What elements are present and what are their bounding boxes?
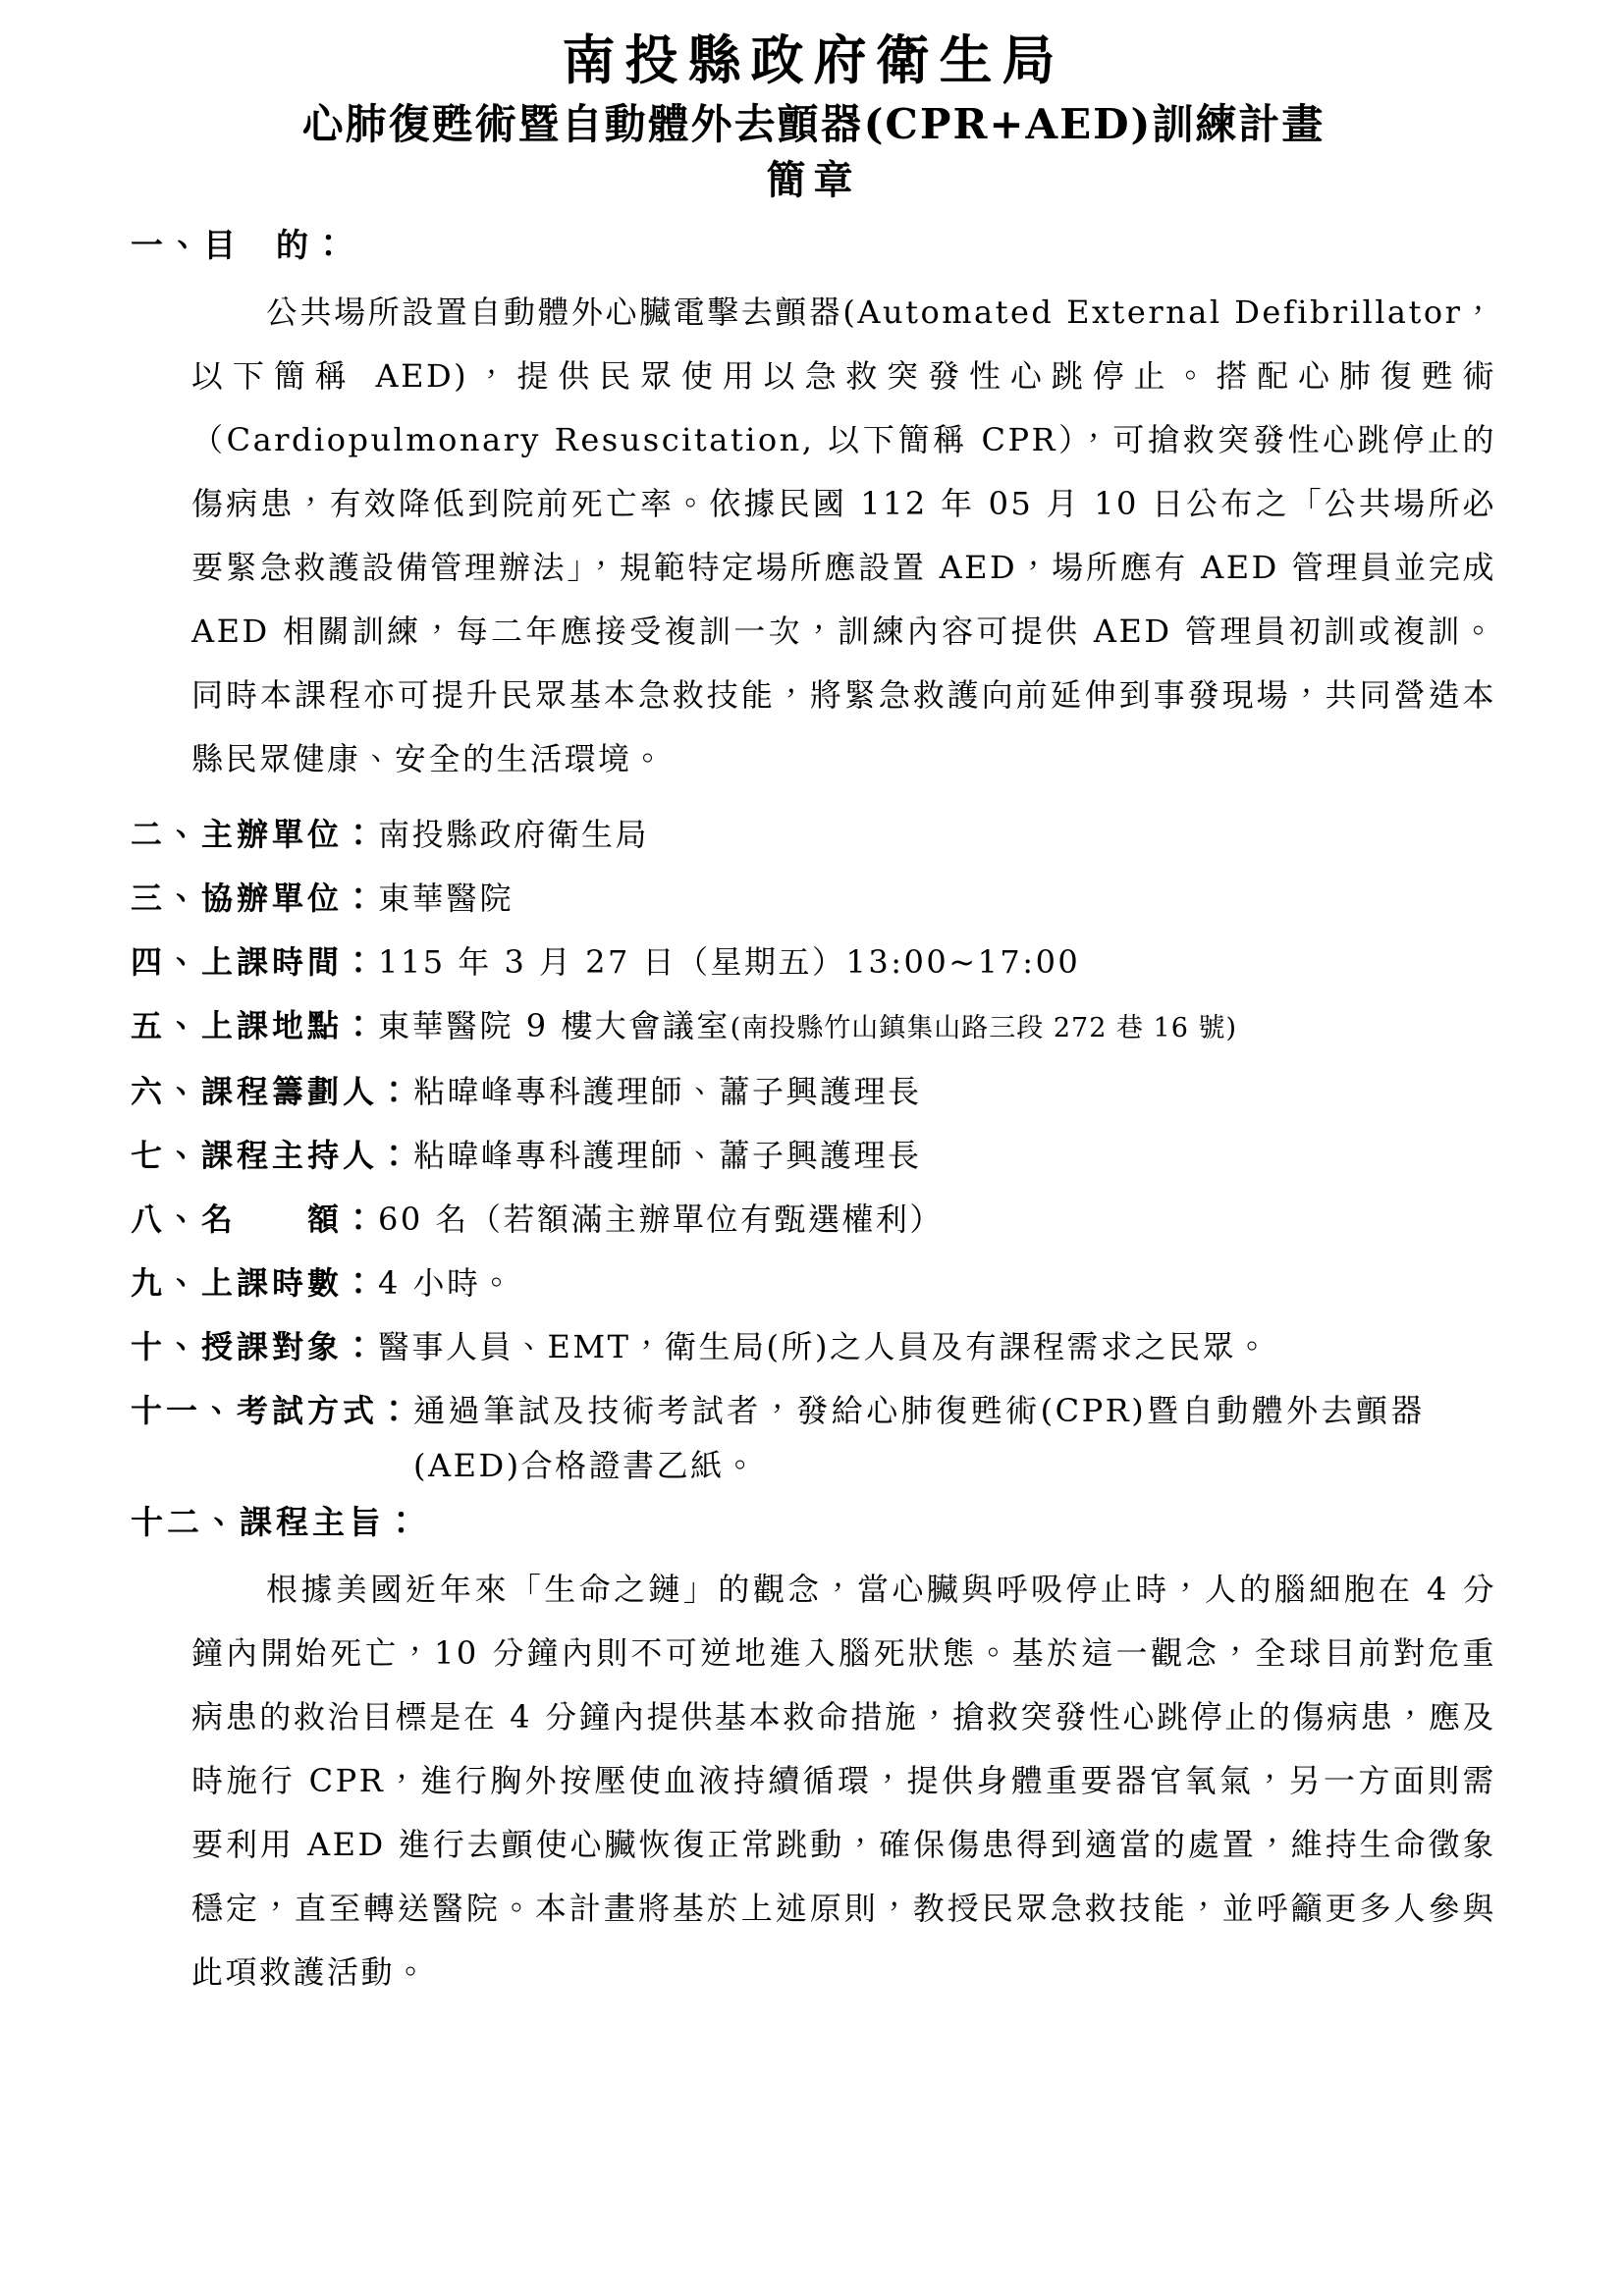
section-theme-heading: 十二、課程主旨：: [131, 1497, 1496, 1548]
item-target-audience-label: 十、授課對象：: [131, 1315, 378, 1379]
item-course-planner: 六、課程籌劃人： 粘暐峰專科護理師、蕭子興護理長: [131, 1060, 1496, 1124]
item-class-time-value: 115 年 3 月 27 日（星期五）13:00~17:00: [378, 931, 1080, 994]
item-target-audience-value: 醫事人員、EMT，衛生局(所)之人員及有課程需求之民眾。: [378, 1315, 1270, 1379]
item-co-org-label: 三、協辦單位：: [131, 867, 378, 931]
item-quota-label: 八、名 額：: [131, 1188, 378, 1252]
item-co-org-value: 東華醫院: [378, 867, 514, 931]
item-host-org: 二、主辦單位： 南投縣政府衛生局: [131, 803, 1496, 867]
item-class-time: 四、上課時間： 115 年 3 月 27 日（星期五）13:00~17:00: [131, 931, 1496, 994]
item-class-location: 五、上課地點： 東華醫院 9 樓大會議室(南投縣竹山鎮集山路三段 272 巷 1…: [131, 994, 1496, 1060]
theme-paragraph: 根據美國近年來「生命之鏈」的觀念，當心臟與呼吸停止時，人的腦細胞在 4 分鐘內開…: [191, 1558, 1496, 2004]
item-host-org-value: 南投縣政府衛生局: [378, 803, 649, 867]
item-co-org: 三、協辦單位： 東華醫院: [131, 867, 1496, 931]
item-class-location-value: 東華醫院 9 樓大會議室(南投縣竹山鎮集山路三段 272 巷 16 號): [378, 994, 1237, 1060]
item-course-planner-label: 六、課程籌劃人：: [131, 1060, 413, 1124]
info-item-list: 二、主辦單位： 南投縣政府衛生局 三、協辦單位： 東華醫院 四、上課時間： 11…: [131, 803, 1496, 1493]
item-host-org-label: 二、主辦單位：: [131, 803, 378, 867]
item-course-host-value: 粘暐峰專科護理師、蕭子興護理長: [413, 1124, 922, 1188]
doc-title: 心肺復甦術暨自動體外去顫器(CPR+AED)訓練計畫: [131, 96, 1496, 153]
doc-subtitle: 簡章: [131, 153, 1496, 208]
purpose-paragraph: 公共場所設置自動體外心臟電擊去顫器(Automated External Def…: [191, 281, 1496, 791]
item-course-host: 七、課程主持人： 粘暐峰專科護理師、蕭子興護理長: [131, 1124, 1496, 1188]
item-quota: 八、名 額： 60 名（若額滿主辦單位有甄選權利）: [131, 1188, 1496, 1252]
item-exam-method-value: 通過筆試及技術考試者，發給心肺復甦術(CPR)暨自動體外去顫器(AED)合格證書…: [413, 1383, 1425, 1493]
org-title: 南投縣政府衛生局: [131, 24, 1496, 96]
item-exam-method: 十一、考試方式： 通過筆試及技術考試者，發給心肺復甦術(CPR)暨自動體外去顫器…: [131, 1379, 1496, 1493]
item-class-time-label: 四、上課時間：: [131, 931, 378, 994]
item-class-location-main: 東華醫院 9 樓大會議室: [378, 1007, 731, 1044]
item-class-hours-value: 4 小時。: [378, 1252, 514, 1315]
document-page: 南投縣政府衛生局 心肺復甦術暨自動體外去顫器(CPR+AED)訓練計畫 簡章 一…: [0, 0, 1624, 2296]
item-course-host-label: 七、課程主持人：: [131, 1124, 413, 1188]
item-course-planner-value: 粘暐峰專科護理師、蕭子興護理長: [413, 1060, 922, 1124]
item-quota-value: 60 名（若額滿主辦單位有甄選權利）: [378, 1188, 944, 1252]
section-purpose-heading: 一、目 的：: [131, 220, 1496, 271]
item-class-hours-label: 九、上課時數：: [131, 1252, 378, 1315]
item-class-hours: 九、上課時數： 4 小時。: [131, 1252, 1496, 1315]
item-exam-method-label: 十一、考試方式：: [131, 1379, 413, 1443]
item-class-location-address: (南投縣竹山鎮集山路三段 272 巷 16 號): [731, 1013, 1237, 1043]
item-class-location-label: 五、上課地點：: [131, 994, 378, 1058]
item-target-audience: 十、授課對象： 醫事人員、EMT，衛生局(所)之人員及有課程需求之民眾。: [131, 1315, 1496, 1379]
